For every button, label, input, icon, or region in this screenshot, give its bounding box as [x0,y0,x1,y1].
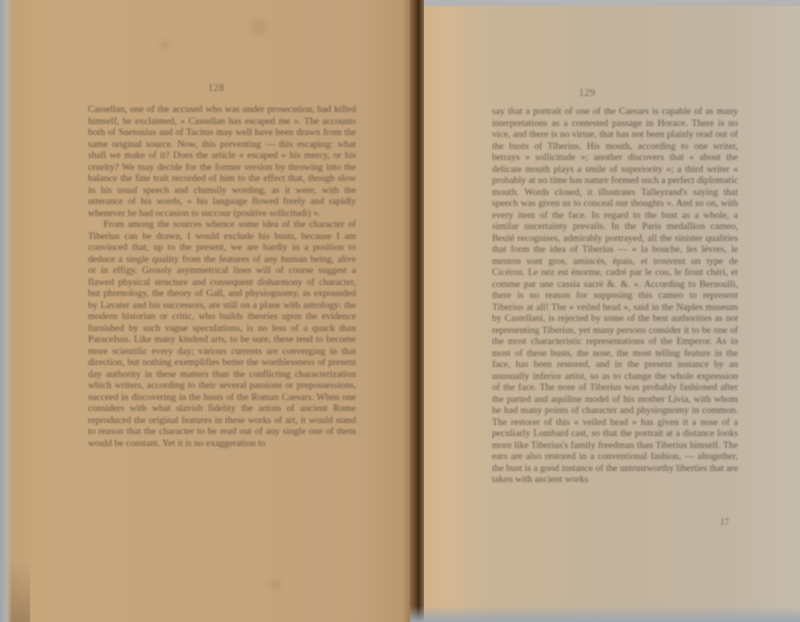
left-page-text: Cassellan, one of the accused who was un… [88,104,356,449]
left-page: 128 Cassellan, one of the accused who wa… [0,0,415,622]
right-paragraph-1: say that a portrait of one of the Caesar… [492,106,738,486]
left-paragraph-1: Cassellan, one of the accused who was un… [88,104,356,219]
paper-stain [250,20,268,34]
left-paragraph-2: From among the sources whence some idea … [88,219,356,449]
book-photo-scene: 128 Cassellan, one of the accused who wa… [0,0,800,622]
background-bottom-strip [410,606,800,622]
left-page-number: 128 [208,83,225,94]
right-page-text: say that a portrait of one of the Caesar… [492,106,738,486]
left-page-edge [0,0,12,622]
right-page-number: 129 [579,88,596,99]
signature-mark: 17 [720,517,729,527]
right-page: 129 say that a portrait of one of the Ca… [424,6,800,622]
book-gutter [410,0,424,622]
paper-stain [160,40,170,50]
paper-stain [270,580,282,590]
